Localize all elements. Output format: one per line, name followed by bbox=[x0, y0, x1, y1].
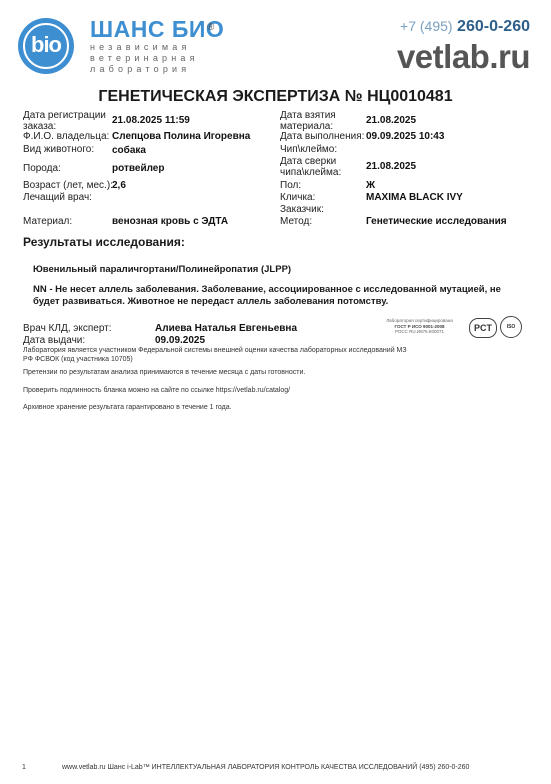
phone-number: 260-0-260 bbox=[457, 18, 530, 35]
document-title: ГЕНЕТИЧЕСКАЯ ЭКСПЕРТИЗА № НЦ0010481 bbox=[0, 88, 551, 106]
label-material: Материал: bbox=[23, 216, 72, 227]
value-breed: ротвейлер bbox=[112, 163, 164, 174]
brand-name: ШАНС БИО bbox=[90, 16, 224, 43]
iso-certification-icon: ISO bbox=[500, 316, 522, 338]
label-species: Вид животного: bbox=[23, 144, 94, 155]
value-chip-check-date: 21.08.2025 bbox=[366, 161, 416, 172]
label-chip: Чип\клеймо: bbox=[280, 144, 337, 155]
label-sex: Пол: bbox=[280, 180, 301, 191]
phone[interactable]: +7 (495) 260-0-260 bbox=[400, 18, 530, 36]
cert-line-3: РОСС RU.И876.К00071 bbox=[372, 329, 467, 335]
label-owner: Ф.И.О. владельца: bbox=[23, 131, 109, 142]
label-completion-date: Дата выполнения: bbox=[280, 131, 364, 142]
test-conclusion: NN - Не несет аллель заболевания. Заболе… bbox=[33, 284, 513, 307]
rst-certification-icon: PCT bbox=[469, 318, 497, 338]
value-age: 2,6 bbox=[112, 180, 126, 191]
label-customer: Заказчик: bbox=[280, 204, 324, 215]
label-name: Кличка: bbox=[280, 192, 315, 203]
results-heading: Результаты исследования: bbox=[23, 235, 185, 249]
value-owner: Слепцова Полина Игоревна bbox=[112, 131, 250, 142]
label-age: Возраст (лет, мес.): bbox=[23, 180, 113, 191]
brand-subtitle-line2: ветеринарная bbox=[90, 53, 199, 64]
logo-mark: bio bbox=[18, 31, 74, 59]
label-registration-date: Дата регистрации заказа: bbox=[23, 110, 108, 132]
value-material: венозная кровь с ЭДТА bbox=[112, 216, 228, 227]
label-breed: Порода: bbox=[23, 163, 61, 174]
label-chip-check-date: Дата сверки чипа\клейма: bbox=[280, 156, 360, 178]
fsvok-note: Лаборатория является участником Федераль… bbox=[23, 346, 413, 364]
value-sex: Ж bbox=[366, 180, 375, 191]
label-method: Метод: bbox=[280, 216, 312, 227]
label-sampling-date: Дата взятия материала: bbox=[280, 110, 358, 132]
note-verification: Проверить подлинность бланка можно на са… bbox=[23, 386, 290, 395]
note-archive: Архивное хранение результата гарантирова… bbox=[23, 403, 232, 412]
registered-mark: ® bbox=[207, 22, 214, 33]
phone-prefix: +7 (495) bbox=[400, 18, 453, 34]
brand-subtitle-line1: независимая bbox=[90, 42, 191, 53]
value-method: Генетические исследования bbox=[366, 216, 507, 227]
website-link[interactable]: vetlab.ru bbox=[397, 38, 530, 76]
footer-text: www.vetlab.ru Шанс i-Lab™ ИНТЕЛЛЕКТУАЛЬН… bbox=[62, 764, 469, 771]
test-name: Ювенильный параличгортани/Полинейропатия… bbox=[33, 264, 291, 275]
value-sampling-date: 21.08.2025 bbox=[366, 115, 416, 126]
value-name: MAXIMA BLACK IVY bbox=[366, 192, 463, 203]
page-number: 1 bbox=[22, 764, 26, 771]
label-expert: Врач КЛД, эксперт: bbox=[23, 323, 112, 334]
value-expert: Алиева Наталья Евгеньевна bbox=[155, 323, 297, 334]
brand-subtitle-line3: лаборатория bbox=[90, 64, 190, 75]
value-species: собака bbox=[112, 145, 146, 156]
label-issue-date: Дата выдачи: bbox=[23, 335, 85, 346]
label-vet: Лечащий врач: bbox=[23, 192, 92, 203]
value-issue-date: 09.09.2025 bbox=[155, 335, 205, 346]
certification-text: Лаборатория сертифицирована ГОСТ Р ИСО 9… bbox=[372, 318, 467, 335]
value-completion-date: 09.09.2025 10:43 bbox=[366, 131, 444, 142]
value-registration-date: 21.08.2025 11:59 bbox=[112, 115, 190, 126]
note-claims: Претензии по результатам анализа принима… bbox=[23, 368, 305, 377]
cert-line-1: Лаборатория сертифицирована bbox=[372, 318, 467, 324]
